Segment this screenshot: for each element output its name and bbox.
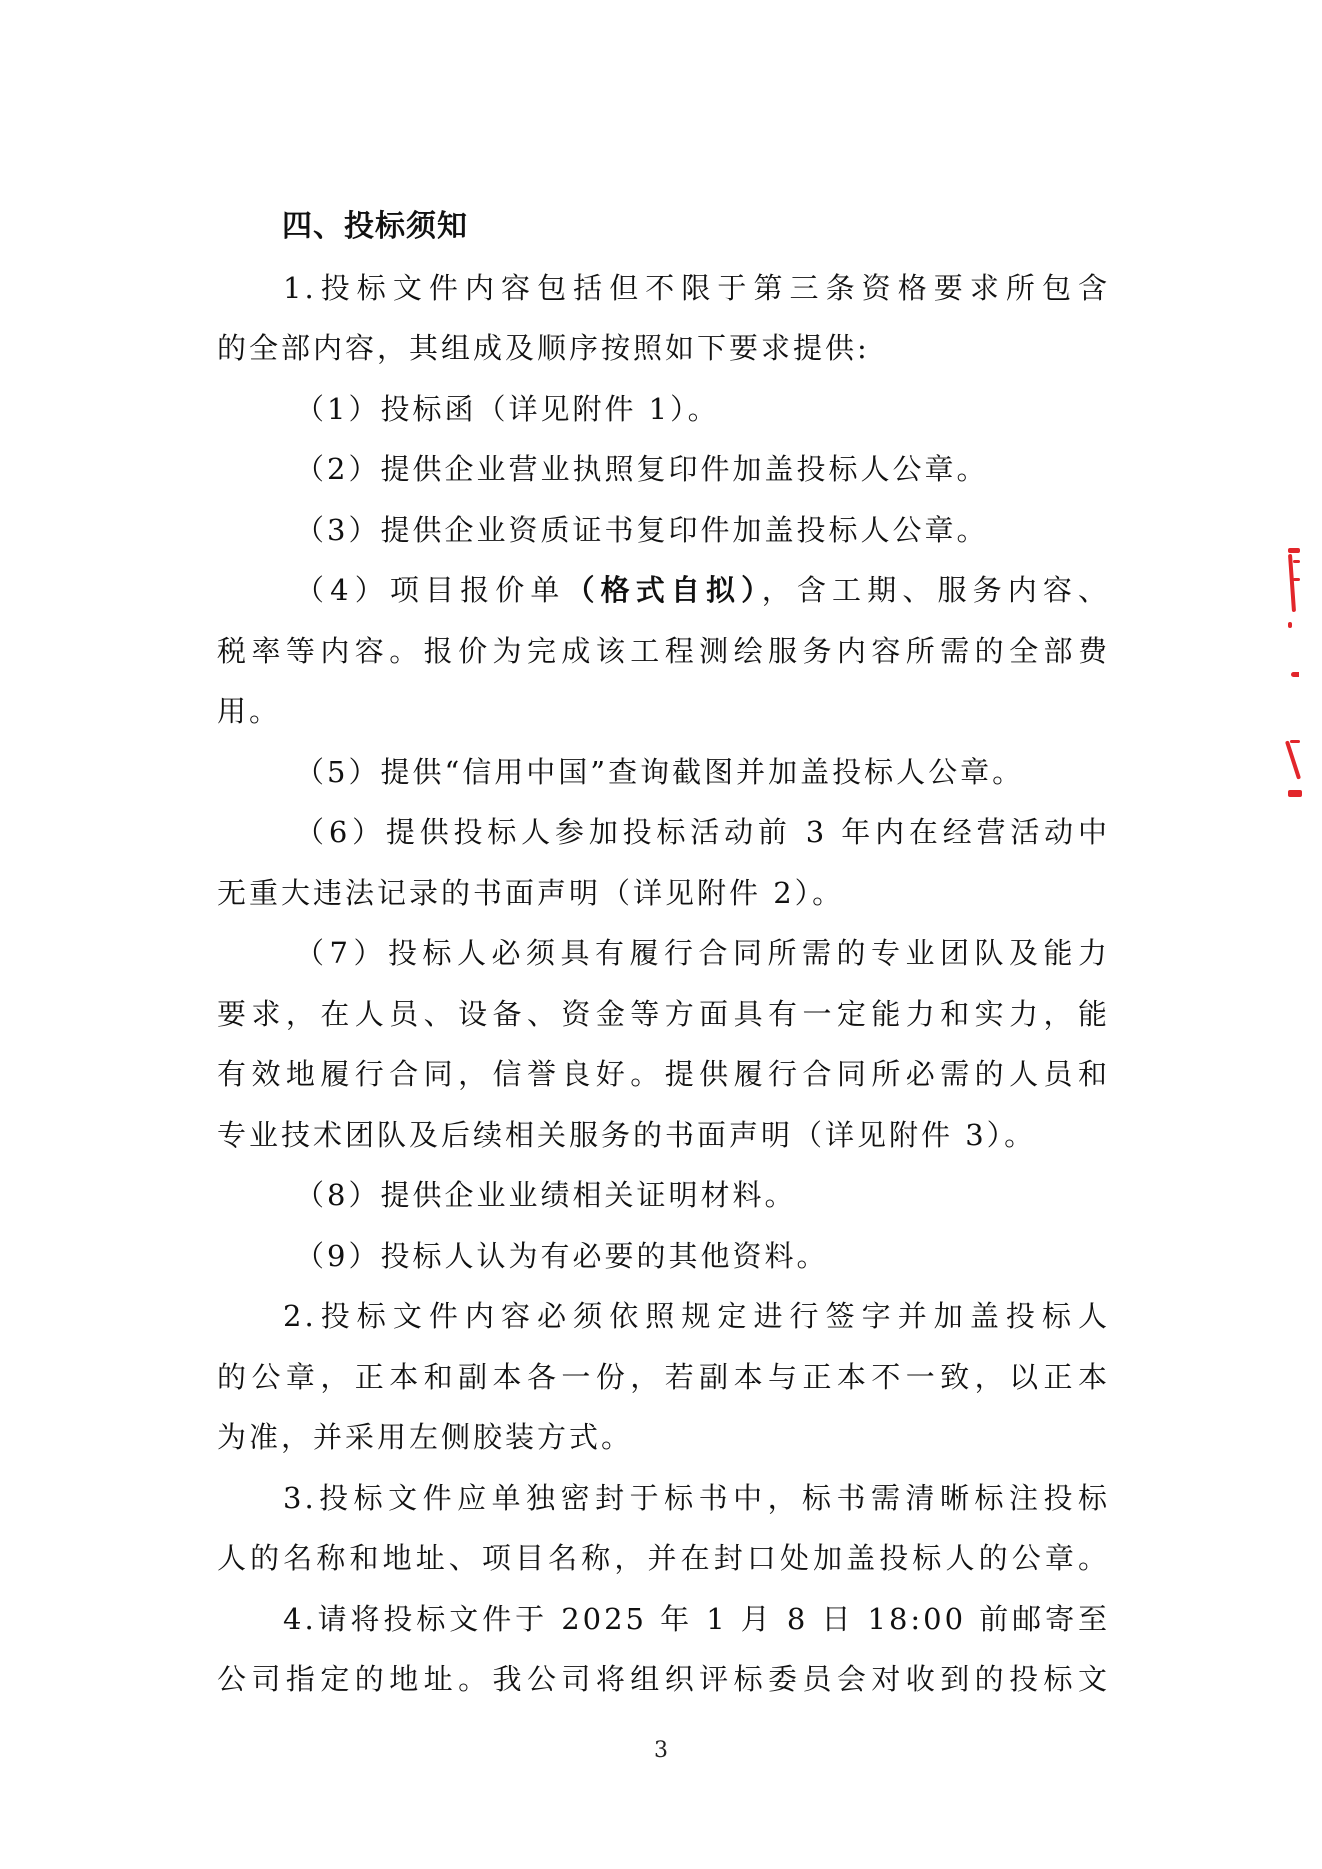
- text-line: 有效地履行合同，信誉良好。提供履行合同所必需的人员和: [217, 1044, 1110, 1105]
- paragraph-p2: 2.投标文件内容必须依照规定进行签字并加盖投标人的公章，正本和副本各一份，若副本…: [217, 1286, 1110, 1468]
- text-span: （4）项目报价单: [295, 573, 566, 607]
- text-line: （2）提供企业营业执照复印件加盖投标人公章。: [217, 439, 1110, 500]
- text-line: （4）项目报价单（格式自拟），含工期、服务内容、: [217, 560, 1110, 621]
- paragraph-item1: （1）投标函（详见附件 1）。: [217, 379, 1110, 440]
- paragraph-item4: （4）项目报价单（格式自拟），含工期、服务内容、税率等内容。报价为完成该工程测绘…: [217, 560, 1110, 742]
- text-line: 为准，并采用左侧胶装方式。: [217, 1407, 1110, 1468]
- text-span: ，含工期、服务内容、: [762, 573, 1110, 607]
- paragraph-item5: （5）提供“信用中国”查询截图并加盖投标人公章。: [217, 742, 1110, 803]
- paragraph-p1: 1.投标文件内容包括但不限于第三条资格要求所包含的全部内容，其组成及顺序按照如下…: [217, 258, 1110, 379]
- paragraph-p3: 3.投标文件应单独密封于标书中，标书需清晰标注投标人的名称和地址、项目名称，并在…: [217, 1468, 1110, 1589]
- text-line: 4.请将投标文件于 2025 年 1 月 8 日 18:00 前邮寄至我: [217, 1589, 1110, 1650]
- paragraph-p4: 4.请将投标文件于 2025 年 1 月 8 日 18:00 前邮寄至我公司指定…: [217, 1589, 1110, 1710]
- section-heading: 四、投标须知: [217, 197, 1110, 258]
- paragraph-item6: （6）提供投标人参加投标活动前 3 年内在经营活动中无重大违法记录的书面声明（详…: [217, 802, 1110, 923]
- text-line: 的全部内容，其组成及顺序按照如下要求提供:: [217, 318, 1110, 379]
- text-line: 要求，在人员、设备、资金等方面具有一定能力和实力，能: [217, 984, 1110, 1045]
- text-line: （3）提供企业资质证书复印件加盖投标人公章。: [217, 500, 1110, 561]
- paragraph-item8: （8）提供企业业绩相关证明材料。: [217, 1165, 1110, 1226]
- text-line: 公司指定的地址。我公司将组织评标委员会对收到的投标文: [217, 1649, 1110, 1710]
- text-line: （5）提供“信用中国”查询截图并加盖投标人公章。: [217, 742, 1110, 803]
- text-line: 的公章，正本和副本各一份，若副本与正本不一致，以正本: [217, 1347, 1110, 1408]
- text-line: （7）投标人必须具有履行合同所需的专业团队及能力: [217, 923, 1110, 984]
- text-line: 税率等内容。报价为完成该工程测绘服务内容所需的全部费: [217, 621, 1110, 682]
- text-line: 2.投标文件内容必须依照规定进行签字并加盖投标人: [217, 1286, 1110, 1347]
- bold-text: （格式自拟）: [566, 573, 762, 607]
- paragraph-item2: （2）提供企业营业执照复印件加盖投标人公章。: [217, 439, 1110, 500]
- red-seal-stamp-fragment: [1282, 540, 1306, 810]
- text-line: 人的名称和地址、项目名称，并在封口处加盖投标人的公章。: [217, 1528, 1110, 1589]
- text-line: 1.投标文件内容包括但不限于第三条资格要求所包含: [217, 258, 1110, 319]
- document-body: 四、投标须知 1.投标文件内容包括但不限于第三条资格要求所包含的全部内容，其组成…: [217, 197, 1110, 1710]
- text-line: 专业技术团队及后续相关服务的书面声明（详见附件 3）。: [217, 1105, 1110, 1166]
- page-number: 3: [651, 1738, 671, 1763]
- text-line: 无重大违法记录的书面声明（详见附件 2）。: [217, 863, 1110, 924]
- text-line: （6）提供投标人参加投标活动前 3 年内在经营活动中: [217, 802, 1110, 863]
- text-line: 3.投标文件应单独密封于标书中，标书需清晰标注投标: [217, 1468, 1110, 1529]
- paragraph-item9: （9）投标人认为有必要的其他资料。: [217, 1226, 1110, 1287]
- paragraph-item7: （7）投标人必须具有履行合同所需的专业团队及能力要求，在人员、设备、资金等方面具…: [217, 923, 1110, 1165]
- document-page: 四、投标须知 1.投标文件内容包括但不限于第三条资格要求所包含的全部内容，其组成…: [0, 0, 1322, 1869]
- text-line: （8）提供企业业绩相关证明材料。: [217, 1165, 1110, 1226]
- paragraph-item3: （3）提供企业资质证书复印件加盖投标人公章。: [217, 500, 1110, 561]
- text-line: 用。: [217, 681, 1110, 742]
- text-line: （9）投标人认为有必要的其他资料。: [217, 1226, 1110, 1287]
- text-line: （1）投标函（详见附件 1）。: [217, 379, 1110, 440]
